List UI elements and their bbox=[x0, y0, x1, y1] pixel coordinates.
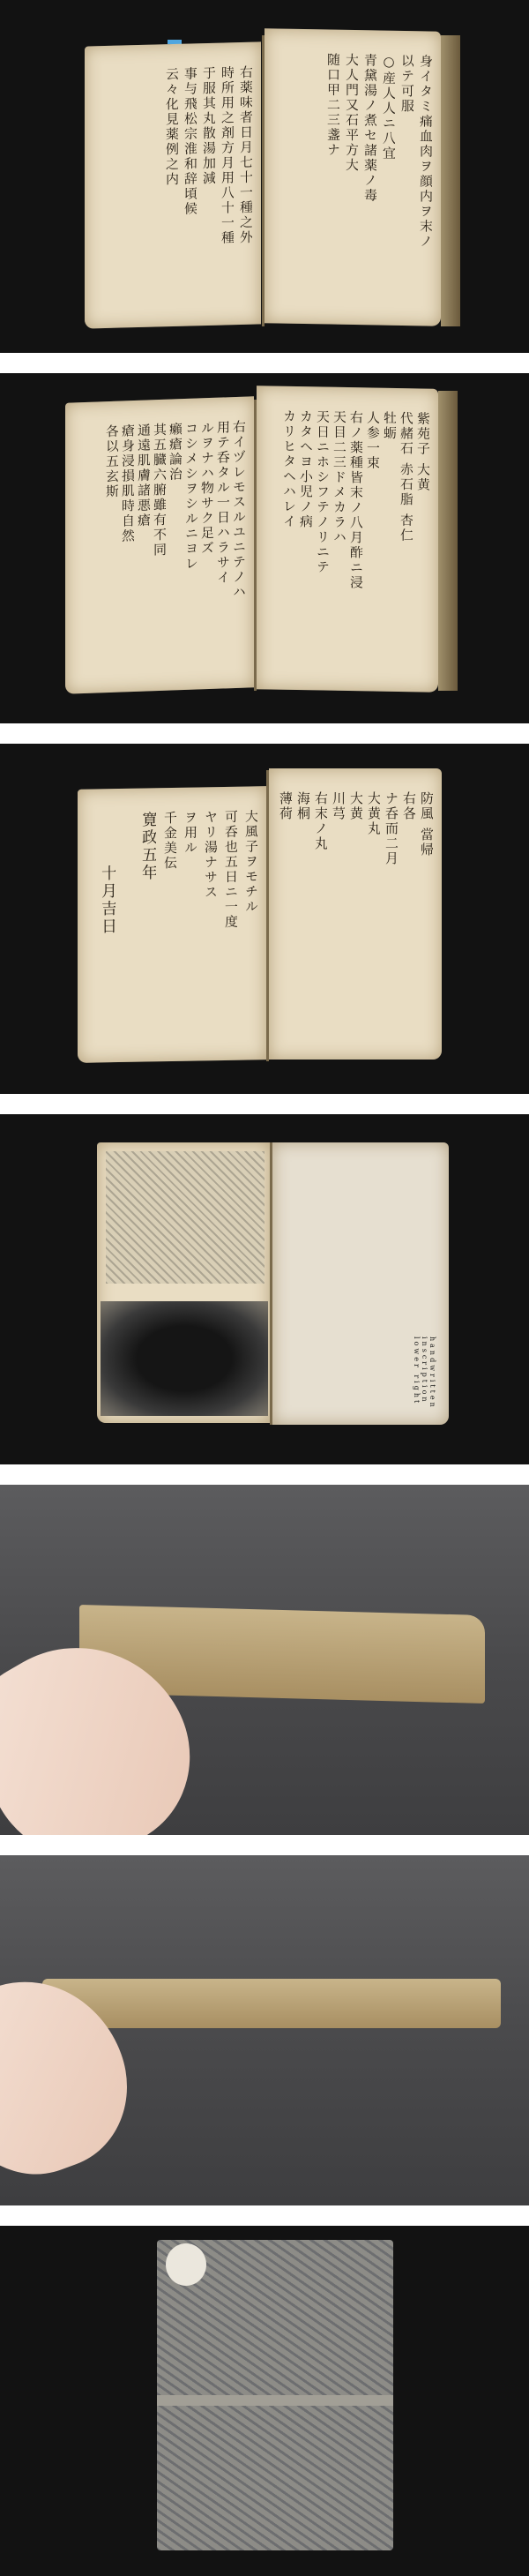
manuscript-column: 大黄丸 bbox=[367, 791, 380, 1037]
manuscript-column: 用テ呑タル一日ハラサイ bbox=[216, 420, 229, 666]
manuscript-column: 可呑也五日ニ一度 bbox=[224, 810, 237, 1037]
manuscript-column: 事与飛松宗淮和辞頃候 bbox=[183, 66, 197, 303]
manuscript-column: 于服其丸散湯加減 bbox=[202, 66, 215, 303]
woodblock-illustration bbox=[106, 1151, 264, 1284]
photo-panel-2: 右イヅレモスルユニテノハ 用テ呑タル一日ハラサイ ルヲナハ物サク足ズ コシメシヲ… bbox=[0, 373, 529, 723]
manuscript-column: 時所用之剤方月用八十一種 bbox=[220, 65, 234, 302]
right-page: 紫苑子 大黄 代赭石 赤石脂 杏仁 牡蛎 人参一束 右ノ薬種皆末ノ八月酢ニ浸 天… bbox=[257, 386, 438, 693]
manuscript-column: 防風 當帰 bbox=[420, 791, 433, 1037]
cover-divider bbox=[157, 2395, 393, 2406]
manuscript-column: 海桐 bbox=[296, 791, 309, 1037]
manuscript-column: 随口甲二三盞ナ bbox=[326, 52, 339, 301]
manuscript-column: 通遠肌膚諸悪瘡 bbox=[137, 423, 150, 669]
manuscript-column: 其五臓六腑雖有不同 bbox=[153, 423, 166, 669]
right-page: 身イタミ痛血肉ヲ顔内ヲ末ノ 以テ可服 ○産人人ニ八宜 青黛湯ノ煮セ諸薬ノ毒 大人… bbox=[264, 28, 441, 326]
manuscript-column: 右各 bbox=[402, 791, 415, 1037]
manuscript-column: 大風子ヲモチル bbox=[244, 809, 257, 1037]
manuscript-column: 人参一束 bbox=[366, 410, 379, 668]
colophon-date: 寛政五年 bbox=[140, 811, 156, 1038]
manuscript-column: 川芎 bbox=[332, 791, 345, 1037]
manuscript-column: 大黄 bbox=[349, 791, 362, 1037]
photo-panel-1: 右薬味者日月七十一種之外 時所用之剤方月用八十一種 于服其丸散湯加減 事与飛松宗… bbox=[0, 0, 529, 353]
blank-end-page: handwritten inscription lower right bbox=[272, 1142, 449, 1425]
manuscript-column: 右イヅレモスルユニテノハ bbox=[232, 420, 245, 666]
manuscript-column: 身イタミ痛血肉ヲ顔内ヲ末ノ bbox=[419, 54, 432, 303]
manuscript-column: 右ノ薬種皆末ノ八月酢ニ浸 bbox=[349, 410, 362, 668]
manuscript-column: ○産人人ニ八宜 bbox=[382, 54, 395, 303]
manuscript-column: 右薬味者日月七十一種之外 bbox=[239, 65, 252, 302]
manuscript-column: 天日ニホシフテノリニテ bbox=[316, 409, 329, 667]
photo-panel-5 bbox=[0, 1485, 529, 1835]
manuscript-column: ルヲナハ物サク足ズ bbox=[200, 421, 213, 667]
manuscript-column: 代赭石 赤石脂 杏仁 bbox=[399, 411, 413, 669]
illustrated-back-page bbox=[97, 1142, 270, 1423]
left-page: 右イヅレモスルユニテノハ 用テ呑タル一日ハラサイ ルヲナハ物サク足ズ コシメシヲ… bbox=[65, 396, 254, 693]
manuscript-column: 以テ可服 bbox=[400, 54, 414, 303]
book-bottom-edge bbox=[42, 1979, 501, 2028]
manuscript-column: ヲ用ル bbox=[183, 811, 197, 1038]
manuscript-column: 右末ノ丸 bbox=[314, 791, 327, 1037]
right-page: 防風 當帰 右各 ナ呑而二月 大黄丸 大黄 川芎 右末ノ丸 海桐 薄荷 bbox=[269, 768, 442, 1060]
manuscript-column: 千金美伝 bbox=[163, 811, 176, 1038]
manuscript-column: コシメシヲシルニヨレ bbox=[184, 421, 197, 667]
left-page: 大風子ヲモチル 可呑也五日ニ一度 ヤリ湯ナサス ヲ用ル 千金美伝 寛政五年 十月… bbox=[78, 786, 266, 1063]
photo-panel-7 bbox=[0, 2226, 529, 2576]
manuscript-column: 天目二三ドメカラハ bbox=[332, 410, 346, 668]
handwritten-inscription: handwritten inscription lower right bbox=[413, 1337, 436, 1407]
ink-scribble bbox=[101, 1301, 268, 1416]
front-cover bbox=[157, 2240, 393, 2550]
manuscript-column: 癩瘡論治 bbox=[168, 422, 182, 668]
manuscript-column: 瘡身浸損肌時自然 bbox=[121, 423, 134, 670]
page-edge bbox=[438, 391, 458, 691]
manuscript-column: 牡蛎 bbox=[383, 411, 396, 669]
manuscript-column: ナ呑而二月 bbox=[384, 791, 398, 1037]
manuscript-column: カリヒタヘハレイ bbox=[282, 409, 295, 667]
manuscript-column: 各以五玄斯 bbox=[105, 424, 118, 670]
manuscript-column: 紫苑子 大黄 bbox=[416, 411, 429, 669]
manuscript-column: 云々化見薬例之内 bbox=[165, 67, 178, 303]
manuscript-column: カタヘヨ小児ノ病 bbox=[299, 409, 312, 667]
photo-panel-4: handwritten inscription lower right bbox=[0, 1114, 529, 1464]
manuscript-column: 大人門又石平方大 bbox=[345, 53, 358, 302]
torn-corner bbox=[166, 2243, 206, 2286]
photo-panel-3: 大風子ヲモチル 可呑也五日ニ一度 ヤリ湯ナサス ヲ用ル 千金美伝 寛政五年 十月… bbox=[0, 744, 529, 1094]
manuscript-column: ヤリ湯ナサス bbox=[204, 810, 217, 1037]
page-edge bbox=[441, 35, 460, 326]
left-page: 右薬味者日月七十一種之外 時所用之剤方月用八十一種 于服其丸散湯加減 事与飛松宗… bbox=[85, 41, 261, 328]
colophon-date: 十月吉日 bbox=[100, 812, 115, 1039]
photo-panel-6 bbox=[0, 1855, 529, 2205]
manuscript-column: 青黛湯ノ煮セ諸薬ノ毒 bbox=[363, 53, 376, 302]
manuscript-column: 薄荷 bbox=[279, 791, 292, 1037]
